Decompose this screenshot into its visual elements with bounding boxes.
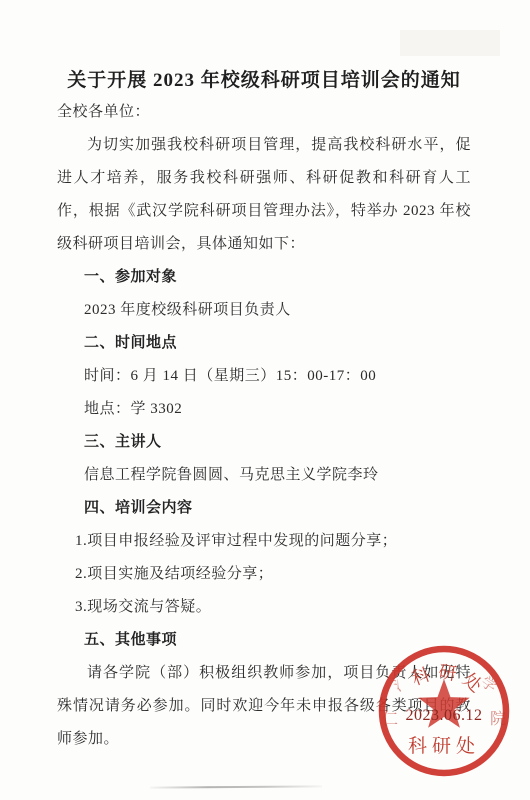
section-4-item-2: 2.项目实施及结项经验分享； — [57, 558, 471, 591]
section-1-heading: 一、参加对象 — [57, 261, 471, 294]
document-page: 关于开展 2023 年校级科研项目培训会的通知 全校各单位： 为切实加强我校科研… — [0, 0, 530, 800]
section-2-time: 时间：6 月 14 日（星期三）15：00-17：00 — [57, 360, 471, 393]
seal-ghost-mid-right: 院 — [490, 710, 506, 728]
section-3-speakers: 信息工程学院鲁圆圆、马克思主义学院李玲 — [57, 459, 471, 492]
section-3-heading: 三、主讲人 — [57, 426, 471, 459]
seal-ghost-top-right: 学 — [478, 673, 500, 696]
salutation: 全校各单位： — [57, 96, 471, 129]
closing-paragraph: 请各学院（部）积极组织教师参加，项目负责人如无特殊情况请务必参加。同时欢迎今年未… — [57, 657, 471, 756]
section-4-item-3: 3.现场交流与答疑。 — [57, 591, 471, 624]
section-2-place: 地点：学 3302 — [57, 393, 471, 426]
section-4-heading: 四、培训会内容 — [57, 492, 471, 525]
scan-artifact — [400, 30, 500, 56]
section-2-heading: 二、时间地点 — [57, 327, 471, 360]
page-title: 关于开展 2023 年校级科研项目培训会的通知 — [57, 66, 471, 96]
section-5-heading: 五、其他事项 — [57, 624, 471, 657]
scan-shadow-line — [150, 785, 322, 788]
section-4-item-1: 1.项目申报经验及评审过程中发现的问题分享； — [57, 525, 471, 558]
section-1-line: 2023 年度校级科研项目负责人 — [57, 294, 471, 327]
intro-paragraph: 为切实加强我校科研项目管理，提高我校科研水平，促进人才培养，服务我校科研强师、科… — [57, 129, 471, 261]
